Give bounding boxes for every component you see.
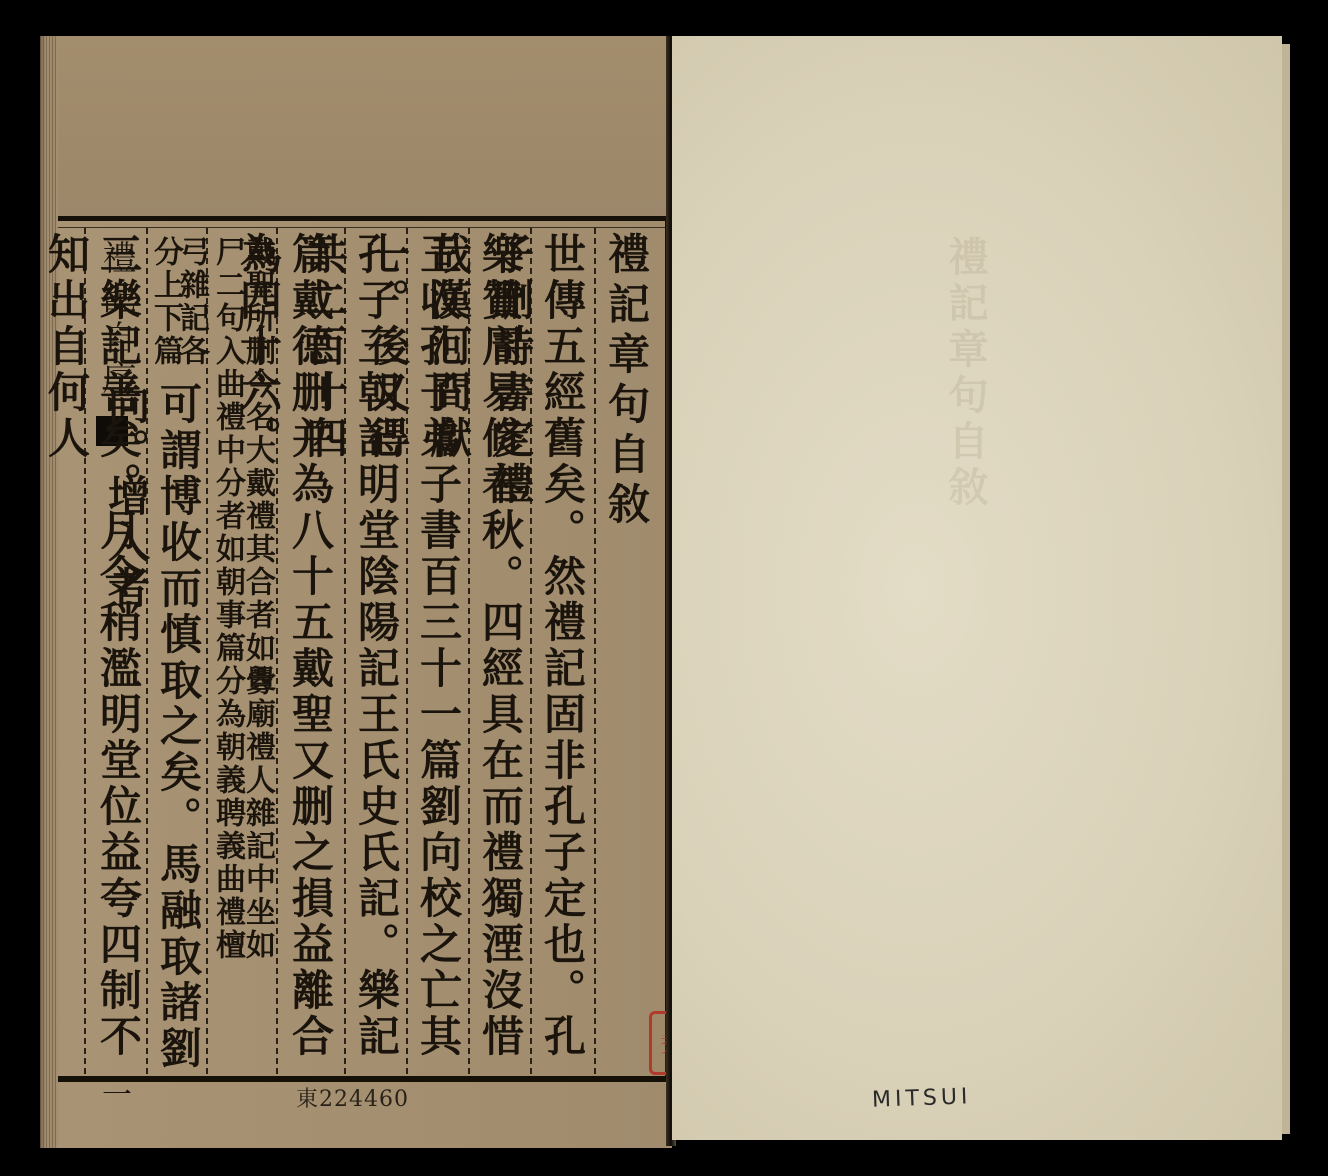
text-column-2: 樂贊周易修春秋。四經具在而禮獨湮沒惜哉漢河間獻 xyxy=(474,232,526,1072)
column-rule xyxy=(594,228,596,1074)
left-page: 禮記自序 一 禮記章句自敘 世傳五經舊矣。然禮記固非孔子定也。孔子删詩書定禮 樂… xyxy=(40,36,672,1148)
preface-title: 禮記章句自敘 xyxy=(600,232,652,1072)
frame-inner-border xyxy=(58,227,668,228)
right-page: 禮記章句自敘 MITSUI xyxy=(672,36,1282,1140)
text-column-1: 世傳五經舊矣。然禮記固非孔子定也。孔子删詩書定禮 xyxy=(536,232,588,1072)
text-column-6-continuation: 可謂博收而慎取之矣。馬融取諸劉向。增入者 xyxy=(152,382,204,1072)
annotation-column-2: 尸二句入曲禮中分者如朝事篇分為朝義聘義曲禮檀 xyxy=(212,236,242,1076)
show-through-text: 禮記章句自敘 xyxy=(937,236,994,512)
handwritten-note: MITSUI xyxy=(872,1084,972,1112)
text-column-5: 篇戴德删并為八十五戴聖又删之損益離合為四十六。 xyxy=(284,232,336,1072)
text-column-3: 王收孔子弟子書百三十一篇劉向校之亡其一。後又得 xyxy=(412,232,464,1072)
library-catalog-stamp: 東224460 xyxy=(296,1082,409,1113)
annotation-column-1: 戴聖所删今名大戴禮其合者如釁廟禮人雜記中坐如 xyxy=(242,236,272,1076)
text-column-4: 孔子三朝記明堂陰陽記王氏史氏記。樂記共二百十四 xyxy=(350,232,402,1072)
page-number: 一 xyxy=(102,1070,132,1114)
top-margin xyxy=(58,36,672,216)
annotation-column-4: 分上下篇 xyxy=(150,236,180,376)
frame-top-border xyxy=(58,216,668,221)
text-column-7: 三樂記善矣。月令稍濫明堂位益夸四制不知出自何人 xyxy=(92,232,144,1072)
